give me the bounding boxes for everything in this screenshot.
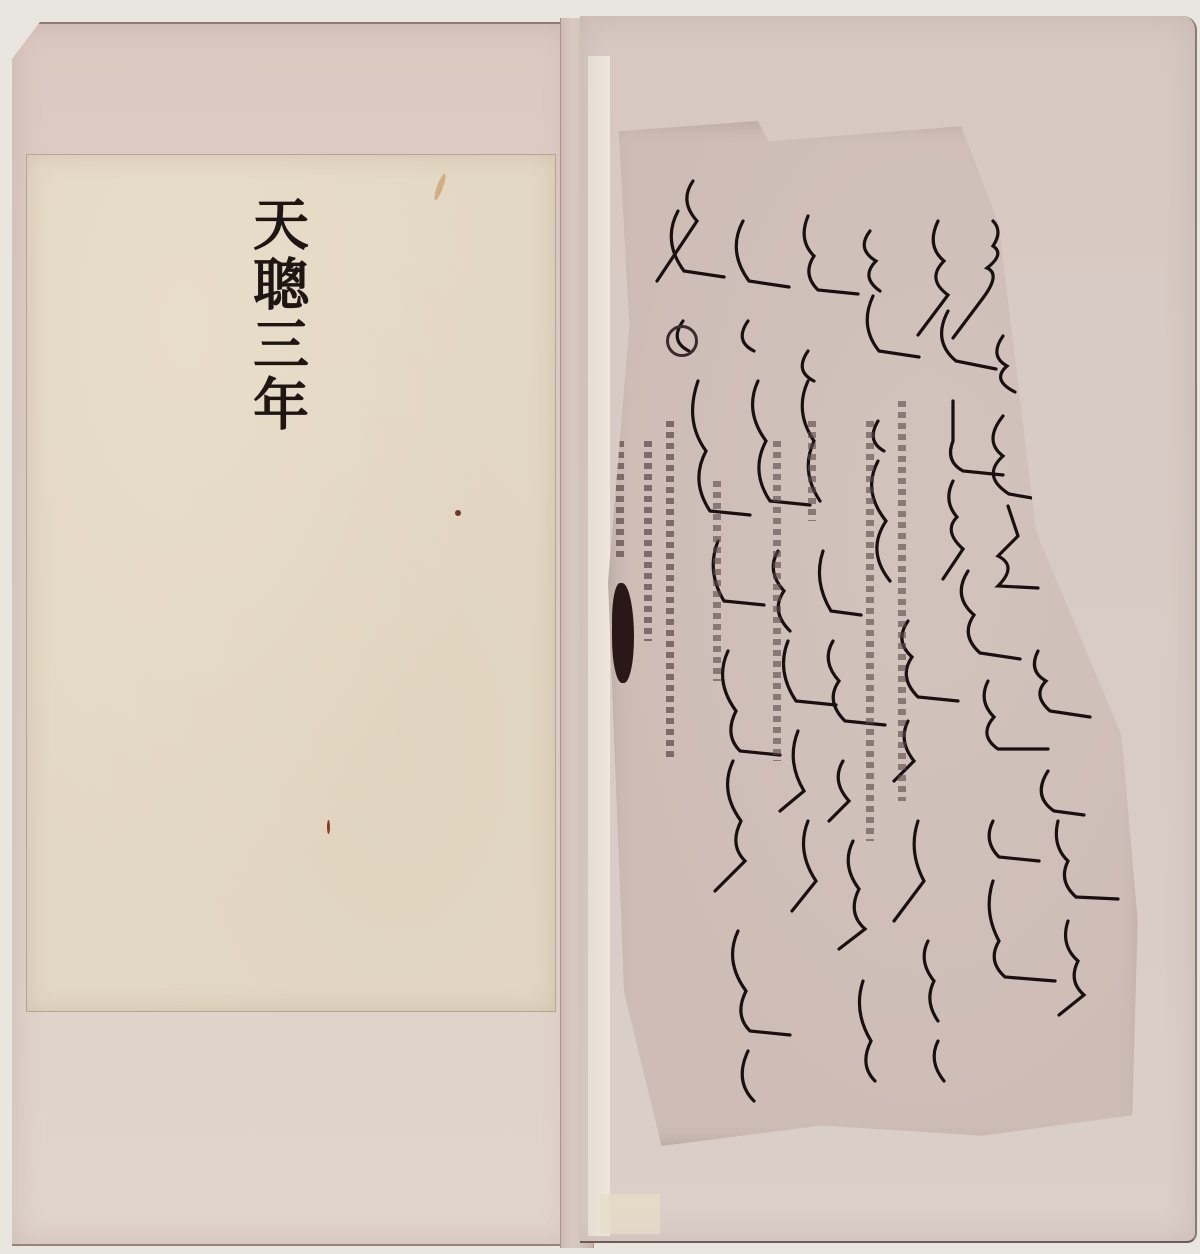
annotation-column xyxy=(866,421,874,841)
manchu-script-columns xyxy=(608,121,1143,1146)
annotation-column xyxy=(773,441,781,761)
manchu-manuscript-sheet xyxy=(608,121,1143,1146)
tape-patch xyxy=(600,1194,660,1234)
document-title: 天聰三年 xyxy=(249,195,305,435)
stain-mark xyxy=(432,173,447,201)
inner-margin-strip xyxy=(588,56,610,1236)
annotation-column xyxy=(666,421,674,761)
annotation-column xyxy=(713,481,721,681)
annotation-column xyxy=(616,441,624,561)
annotation-column xyxy=(898,401,906,801)
stain-mark xyxy=(327,820,330,834)
annotation-column xyxy=(644,441,652,641)
open-book: 天聰三年 xyxy=(0,0,1200,1254)
circular-mark xyxy=(666,325,698,357)
right-page xyxy=(580,16,1197,1243)
annotation-column xyxy=(808,421,816,521)
stain-mark xyxy=(455,510,461,516)
title-label-slip: 天聰三年 xyxy=(26,154,556,1012)
left-cover-page: 天聰三年 xyxy=(12,22,572,1246)
